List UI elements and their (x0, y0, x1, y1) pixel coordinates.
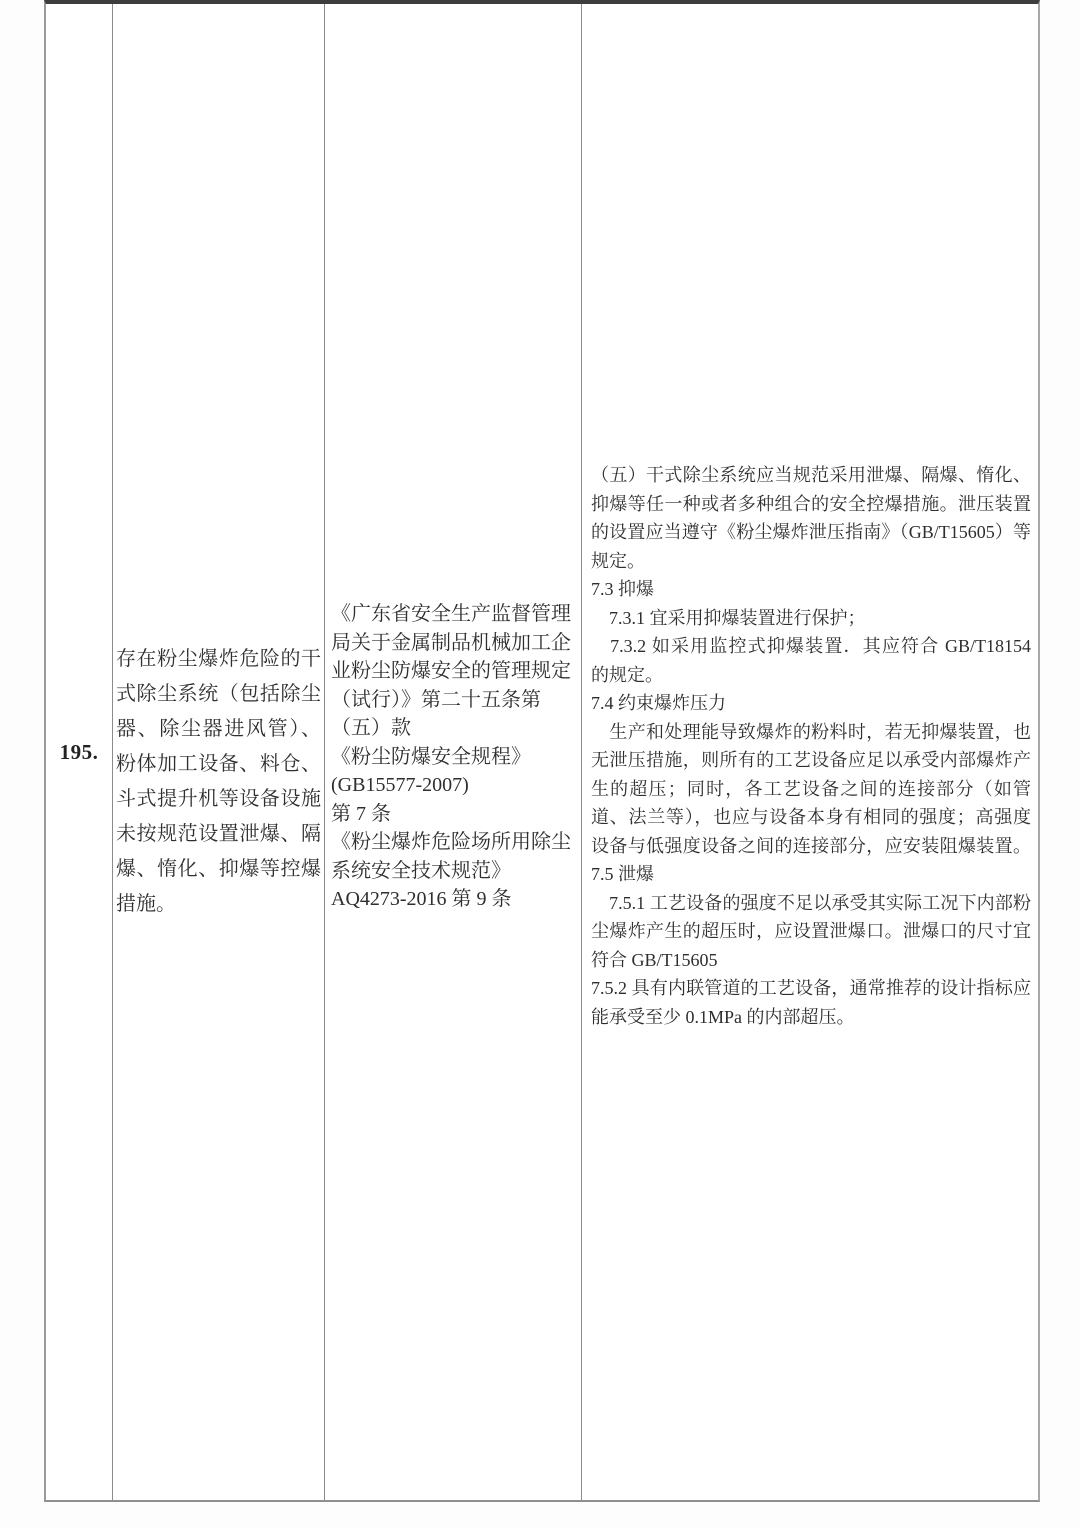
table-cell-hazard-description: 存在粉尘爆炸危险的干式除尘系统（包括除尘器、除尘器进风管）、粉体加工设备、料仓、… (112, 4, 324, 1500)
row-number: 195. (60, 740, 99, 765)
provisions-text: （五）干式除尘系统应当规范采用泄爆、隔爆、惰化、抑爆等任一种或者多种组合的安全控… (591, 461, 1031, 1031)
regulation-table: 195. 存在粉尘爆炸危险的干式除尘系统（包括除尘器、除尘器进风管）、粉体加工设… (44, 0, 1040, 1502)
table-cell-provisions: （五）干式除尘系统应当规范采用泄爆、隔爆、惰化、抑爆等任一种或者多种组合的安全控… (581, 4, 1038, 1500)
hazard-description-text: 存在粉尘爆炸危险的干式除尘系统（包括除尘器、除尘器进风管）、粉体加工设备、料仓、… (116, 642, 321, 922)
table-cell-row-number: 195. (46, 4, 112, 1500)
legal-basis-text: 《广东省安全生产监督管理局关于金属制品机械加工企业粉尘防爆安全的管理规定（试行）… (331, 600, 575, 914)
table-cell-legal-basis: 《广东省安全生产监督管理局关于金属制品机械加工企业粉尘防爆安全的管理规定（试行）… (324, 4, 581, 1500)
